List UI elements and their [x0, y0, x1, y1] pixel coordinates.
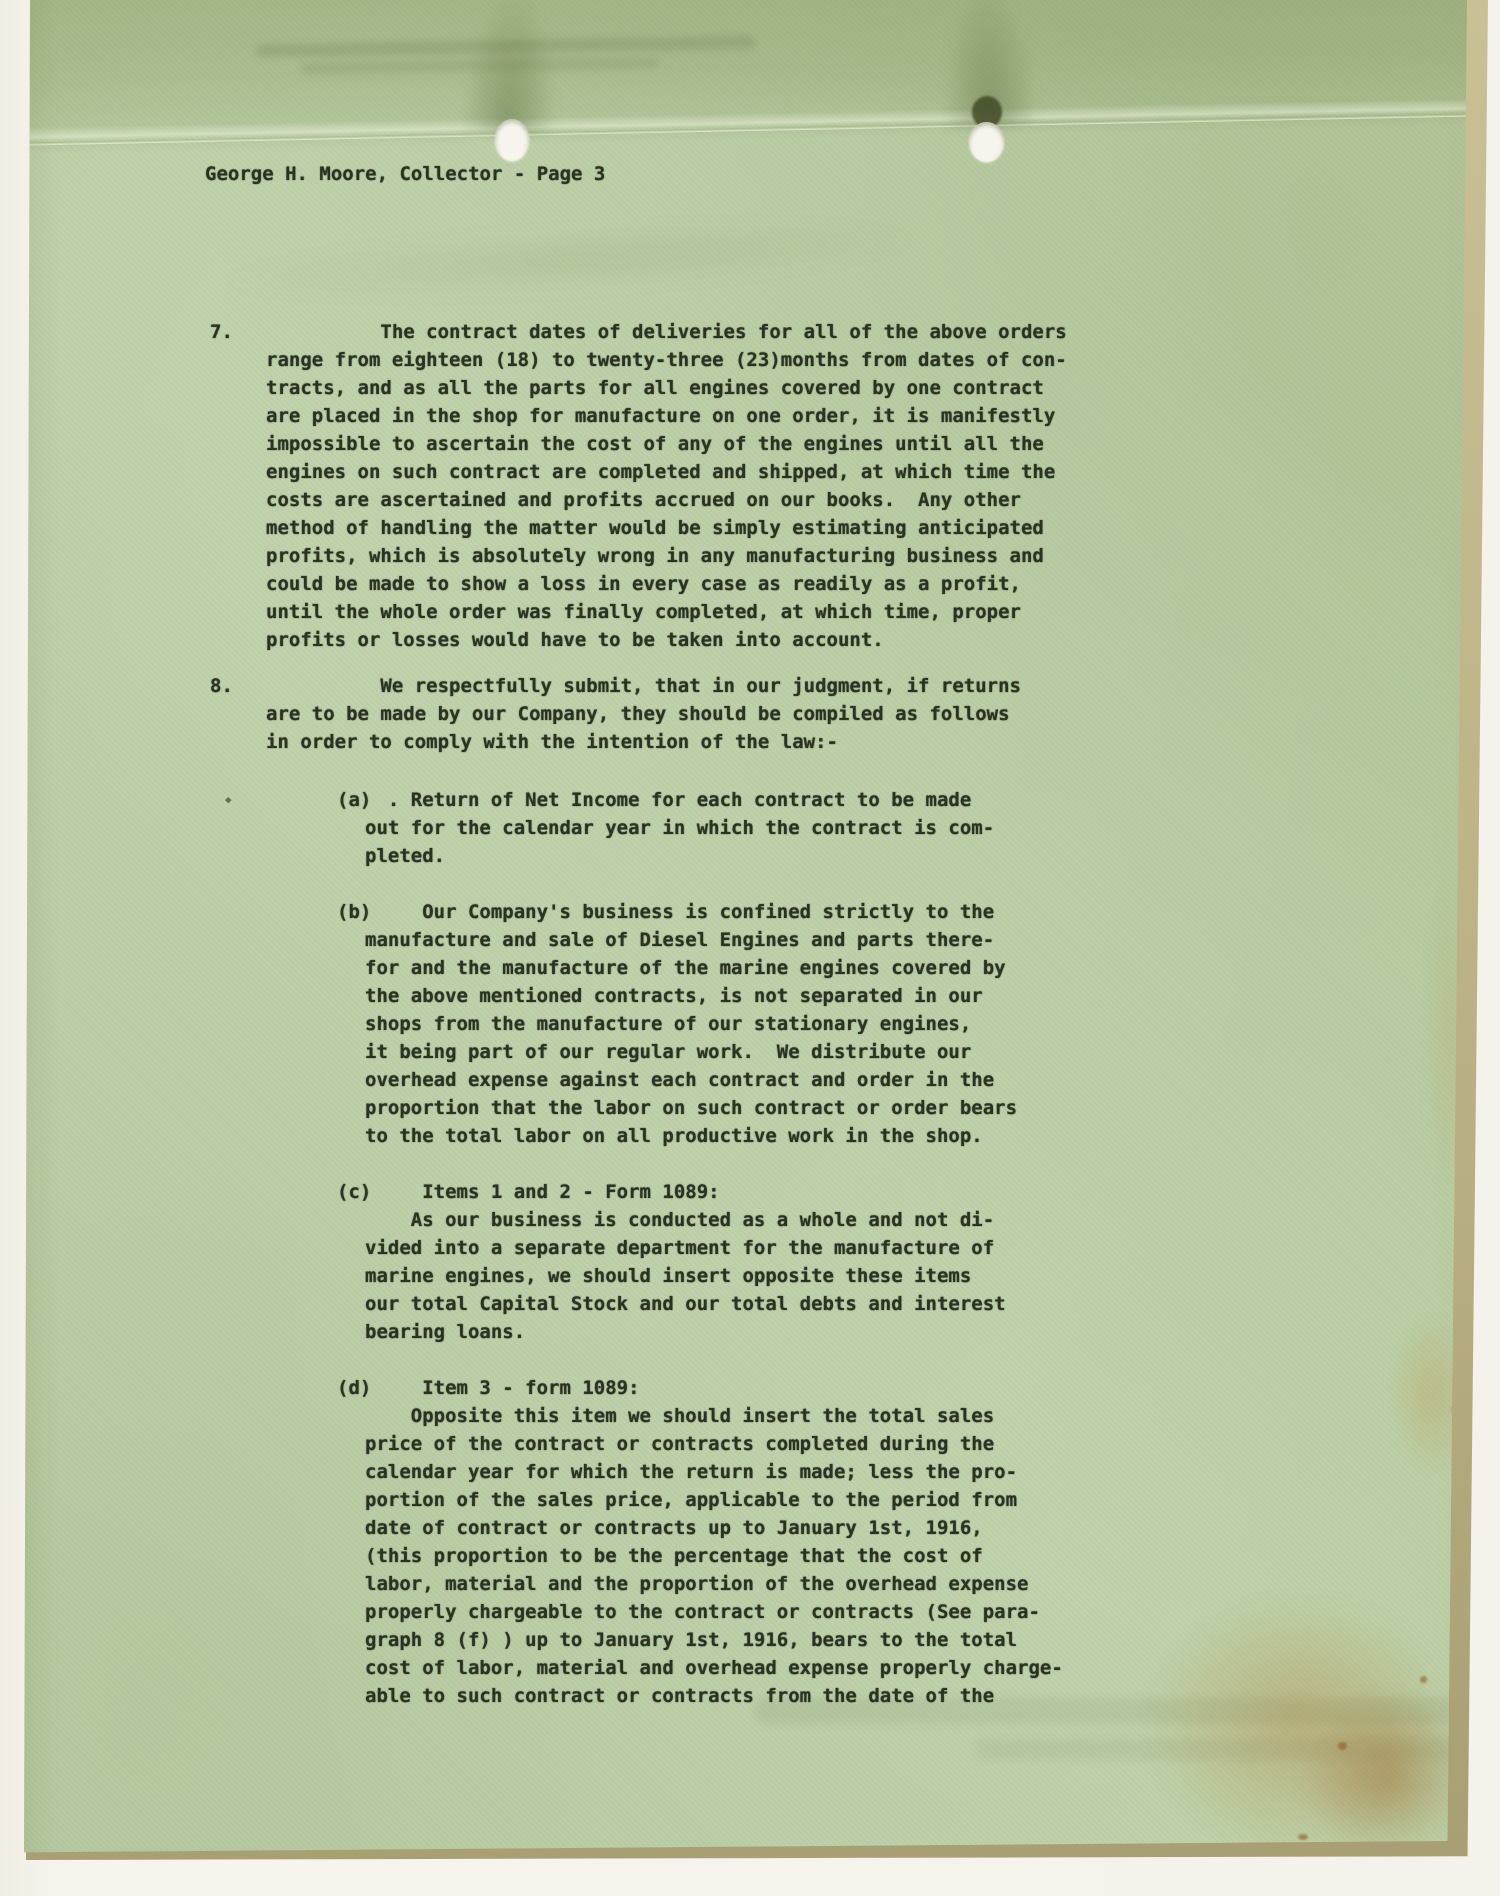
item-c-text: Items 1 and 2 - Form 1089: As our busine… [365, 1178, 1006, 1346]
paragraph-7-number: 7. [210, 318, 233, 346]
page-header: George H. Moore, Collector - Page 3 [205, 160, 605, 188]
item-d-text: Item 3 - form 1089: Opposite this item w… [365, 1374, 1063, 1710]
document-page: George H. Moore, Collector - Page 3 7. T… [0, 0, 1500, 1896]
paragraph-8-text: We respectfully submit, that in our judg… [266, 672, 1021, 756]
item-a-text: . Return of Net Income for each contract… [365, 786, 994, 870]
scan-background: George H. Moore, Collector - Page 3 7. T… [0, 0, 1500, 1896]
margin-mark: ◆ [225, 793, 232, 806]
paragraph-7-text: The contract dates of deliveries for all… [266, 318, 1067, 654]
typewritten-text-layer: George H. Moore, Collector - Page 3 7. T… [0, 0, 1500, 1896]
item-b-text: Our Company's business is confined stric… [365, 898, 1017, 1150]
paragraph-8-number: 8. [210, 672, 233, 700]
